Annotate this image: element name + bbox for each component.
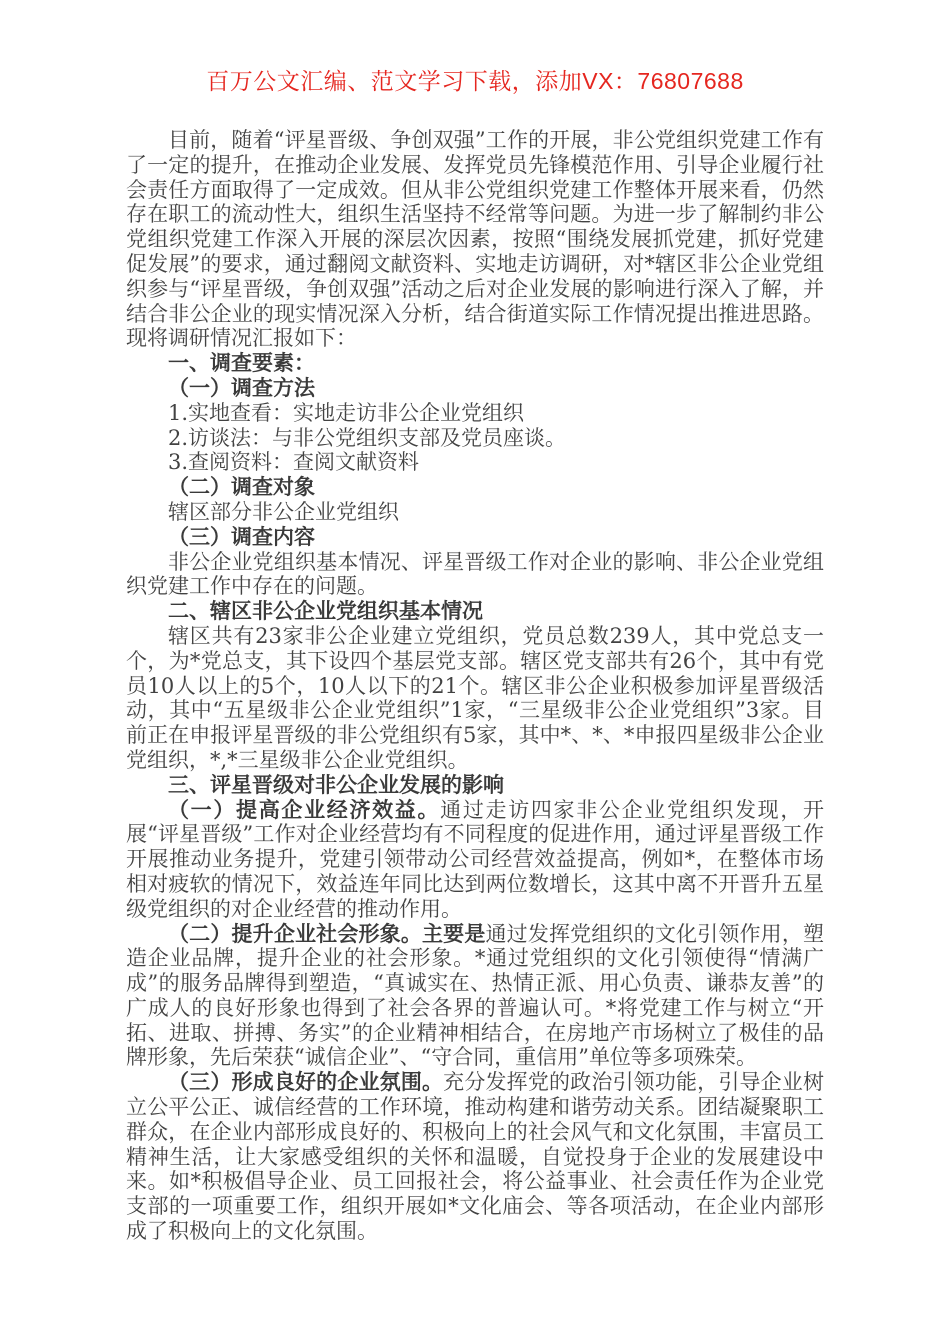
paragraph: （二）提升企业社会形象。主要是通过发挥党组织的文化引领作用，塑造企业品牌，提升企…: [126, 922, 824, 1071]
paragraph-lead: （二）提升企业社会形象。主要是: [168, 921, 486, 946]
paragraph: （一）提高企业经济效益。通过走访四家非公企业党组织发现，开展“评星晋级”工作对企…: [126, 798, 824, 922]
paragraph: 辖区共有23家非公企业建立党组织，党员总数239人，其中党总支一个，为*党总支，…: [126, 624, 824, 773]
paragraph: 非公企业党组织基本情况、评星晋级工作对企业的影响、非公企业党组织党建工作中存在的…: [126, 550, 824, 600]
paragraph: （三）形成良好的企业氛围。充分发挥党的政治引领功能，引导企业树立公平公正、诚信经…: [126, 1070, 824, 1244]
section-heading: （一）调查方法: [126, 376, 824, 401]
section-heading: 二、辖区非公企业党组织基本情况: [126, 599, 824, 624]
document-page: 百万公文汇编、范文学习下载，添加VX：76807688 目前，随着“评星晋级、争…: [0, 0, 950, 1344]
section-heading: （三）调查内容: [126, 525, 824, 550]
paragraph-lead: （一）提高企业经济效益。: [168, 797, 440, 822]
section-heading: 三、评星晋级对非公企业发展的影响: [126, 773, 824, 798]
section-heading: （二）调查对象: [126, 475, 824, 500]
section-heading: 一、调查要素：: [126, 351, 824, 376]
paragraph: 辖区部分非公企业党组织: [126, 500, 824, 525]
document-body: 目前，随着“评星晋级、争创双强”工作的开展，非公党组织党建工作有了一定的提升，在…: [126, 128, 824, 1244]
paragraph: 2.访谈法：与非公党组织支部及党员座谈。: [126, 426, 824, 451]
paragraph: 3.查阅资料：查阅文献资料: [126, 450, 824, 475]
paragraph: 1.实地查看：实地走访非公企业党组织: [126, 401, 824, 426]
paragraph: 目前，随着“评星晋级、争创双强”工作的开展，非公党组织党建工作有了一定的提升，在…: [126, 128, 824, 351]
paragraph-lead: （三）形成良好的企业氛围。: [168, 1069, 443, 1094]
promo-header-text: 百万公文汇编、范文学习下载，添加VX：76807688: [0, 66, 950, 96]
